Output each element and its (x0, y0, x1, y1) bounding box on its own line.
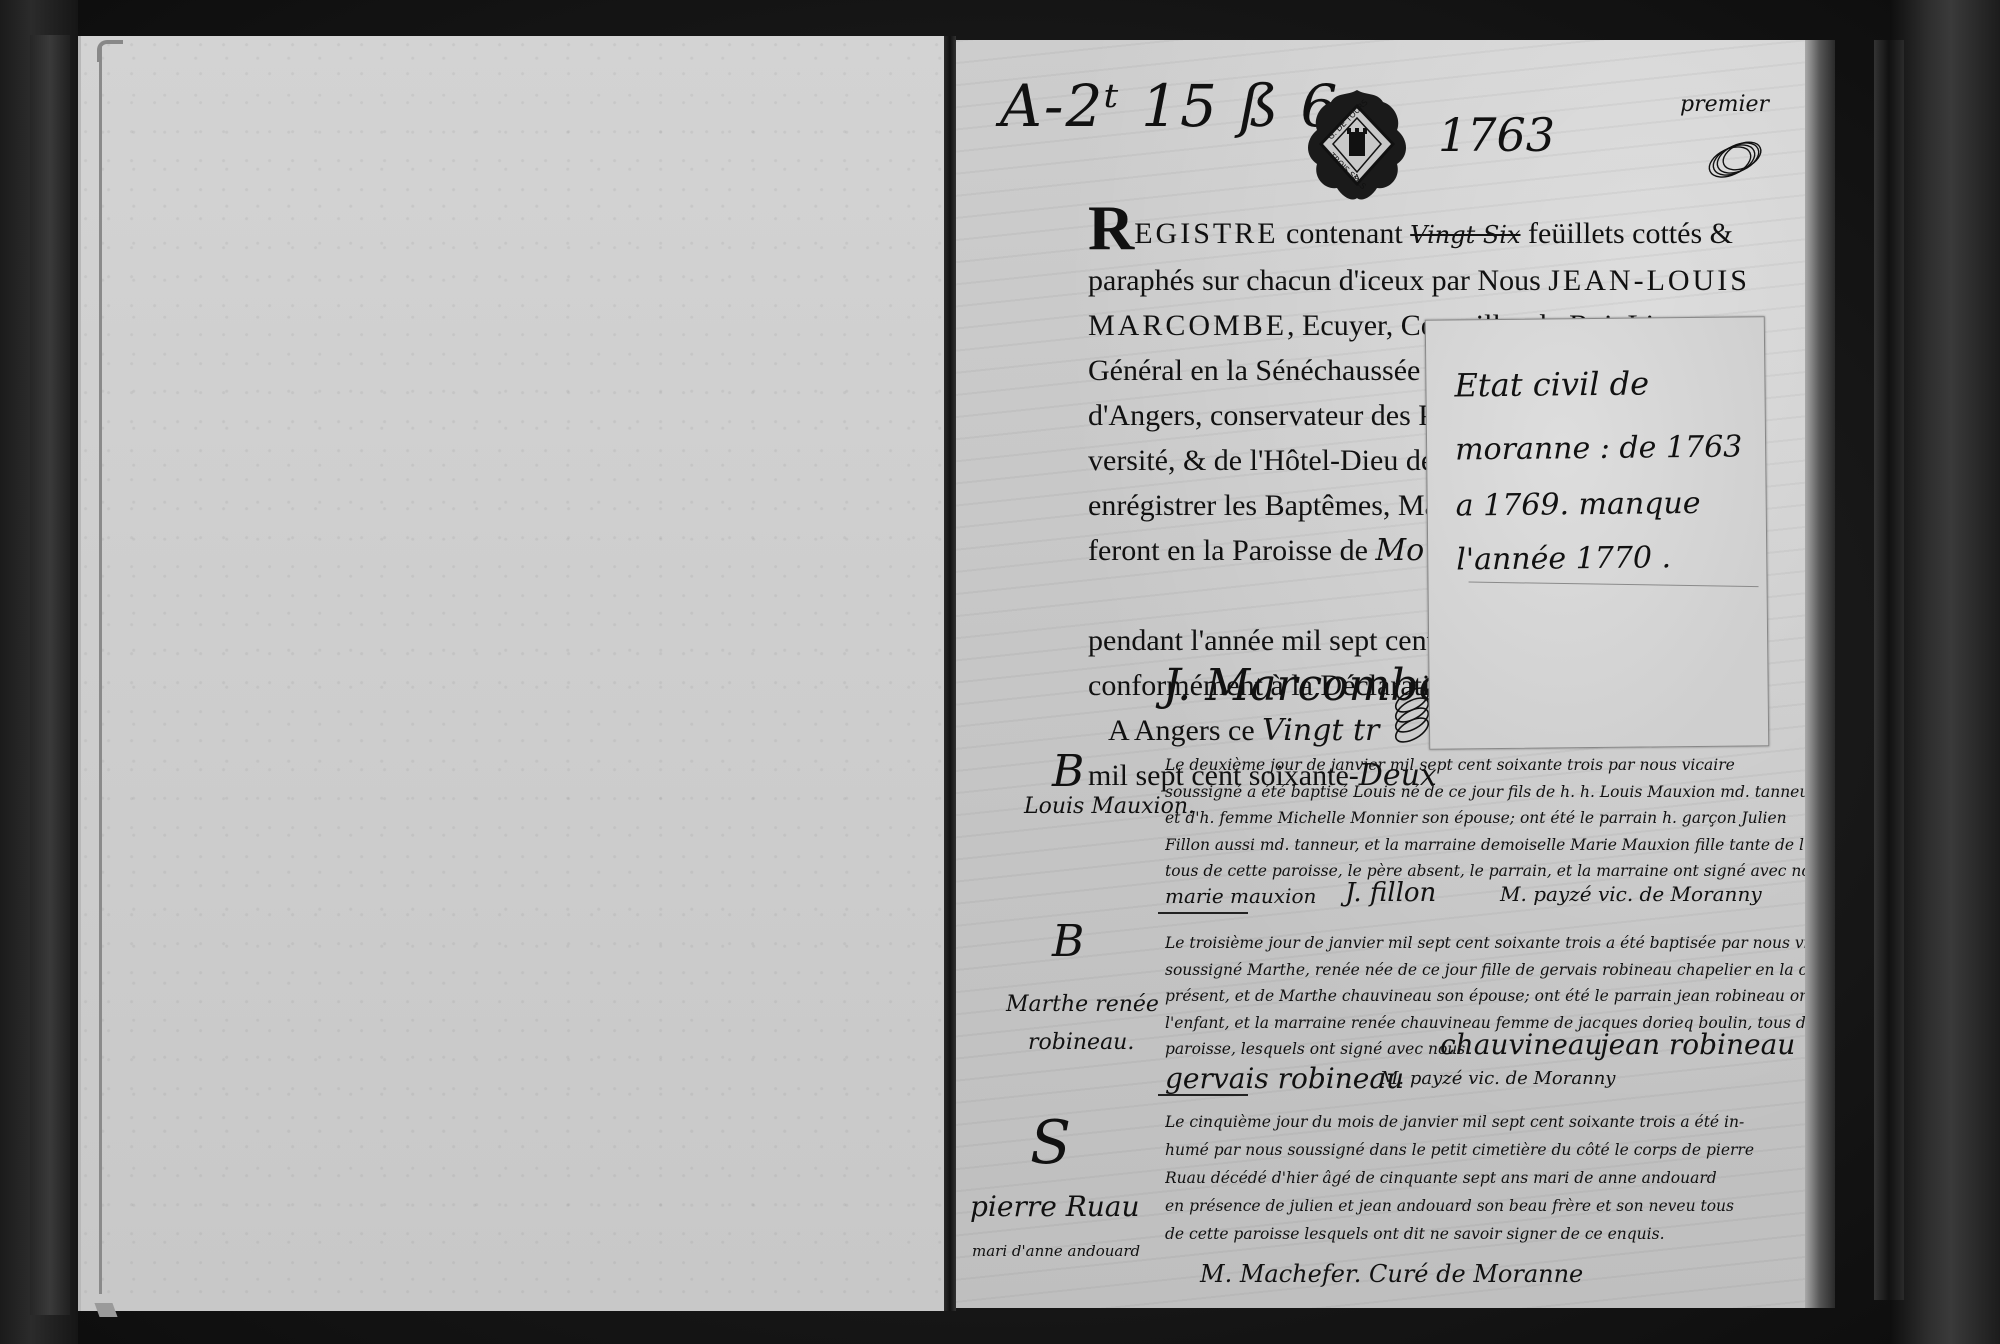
entry-text: Le cinquième jour du mois de janvier mil… (1165, 1108, 1805, 1248)
pasted-archival-note: Etat civil de moranne : de 1763 a 1769. … (1425, 316, 1769, 750)
entry-separator (1158, 912, 1248, 914)
reference-mark: A-2ᵗ 15 ß 6 (1000, 72, 1339, 140)
corner-note-premier: premier (1680, 92, 1769, 117)
signature-payze: M. payzé vic. de Moranny (1380, 1068, 1615, 1089)
note-tear-line (1469, 582, 1759, 589)
register-year: 1763 (1438, 108, 1555, 162)
book-cover-left-edge (30, 35, 70, 1315)
register-entry-baptism-1: B Louis Mauxion. Le deuxième jour de jan… (960, 752, 1810, 902)
register-entry-burial-3: S pierre Ruau mari d'anne andouard Le ci… (960, 1108, 1810, 1298)
signature-gervais-robineau: gervais robineau (1165, 1062, 1404, 1095)
entry-type-marker: B (1052, 746, 1084, 797)
page-fold-line (99, 44, 102, 1294)
entry-margin-name-1: pierre Ruau (970, 1192, 1190, 1222)
page-corner-bottom (94, 1303, 117, 1317)
note-line-4: l'année 1770 . (1456, 540, 1671, 577)
book-cover-right-edge (1874, 40, 1904, 1300)
note-line-3: a 1769. manque (1456, 486, 1701, 524)
entry-type-marker: B (1052, 916, 1084, 967)
entry-type-marker: S (1030, 1108, 1071, 1178)
svg-text:A: A (1354, 173, 1360, 182)
book-gutter (944, 36, 956, 1311)
signature-marie-mauxion: marie mauxion (1165, 884, 1316, 908)
header-line-1: REGISTRE contenant Vingt Six feüillets c… (1088, 205, 1728, 258)
paraph-scribble-icon (1700, 132, 1770, 188)
register-entry-baptism-2: B Marthe renée robineau. Le troisième jo… (960, 930, 1810, 1090)
note-line-2: moranne : de 1763 (1455, 429, 1743, 467)
tax-stamp: G. DE TOURS TROIS SOLS A (1297, 86, 1417, 204)
entry-margin-name-2: mari d'anne andouard (972, 1236, 1172, 1266)
page-corner-curl (97, 40, 123, 62)
book-cover-left (0, 0, 78, 1344)
note-line-1: Etat civil de (1454, 364, 1649, 404)
drop-cap: R (1088, 192, 1134, 263)
stamp-tower-icon: G. DE TOURS TROIS SOLS A (1297, 86, 1417, 204)
signature-payze: M. payzé vic. de Moranny (1500, 882, 1762, 906)
header-line-2: paraphés sur chacun d'iceux par Nous JEA… (1088, 258, 1728, 303)
signature-j-fillon: J. fillon (1345, 878, 1436, 908)
left-page-blank (78, 36, 951, 1311)
entry-text: Le deuxième jour de janvier mil sept cen… (1165, 752, 1805, 885)
entry-margin-name-1: Marthe renée (1006, 990, 1186, 1020)
book-cover-right (1890, 0, 2000, 1344)
signature-jean-robineau: jean robineau (1600, 1028, 1795, 1061)
signature-chauvineau: chauvineau (1440, 1028, 1603, 1061)
signature-machefer: M. Machefer. Curé de Moranne (1200, 1260, 1583, 1288)
entry-separator (1158, 1094, 1248, 1096)
